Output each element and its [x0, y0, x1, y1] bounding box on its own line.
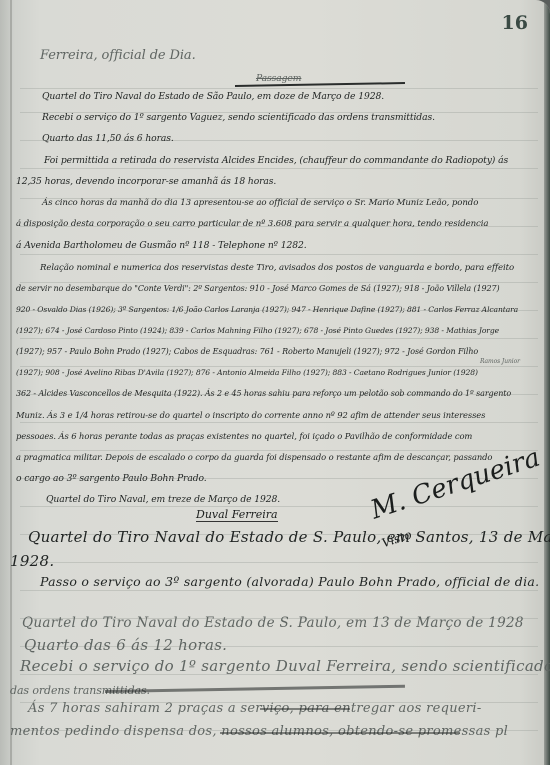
ruled-line: [20, 254, 538, 255]
text-line: Ás cinco horas da manhã do dia 13 aprese…: [42, 198, 478, 208]
text-line: (1927); 908 - José Avelino Ribas D'Avila…: [16, 368, 478, 377]
ruled-line: [20, 366, 538, 367]
ruled-line: [20, 590, 538, 591]
text-line: á Avenida Bartholomeu de Gusmão nº 118 -…: [16, 240, 307, 251]
text-line: á disposição desta corporação o seu carr…: [16, 219, 488, 229]
text-line: Recebi o serviço do 1º sargento Duval Fe…: [20, 657, 550, 675]
ruled-line: [20, 422, 538, 423]
text-line: Ás 7 horas sahiram 2 praças a serviço, p…: [28, 701, 482, 716]
text-line: (1927); 674 - José Cardoso Pinto (1924);…: [16, 326, 499, 335]
page-number: 16: [502, 12, 528, 34]
text-line: Quarto das 11,50 ás 6 horas.: [42, 133, 174, 144]
entry-heading: Ferreira, official de Dia.: [40, 48, 196, 63]
text-line: 12,35 horas, devendo incorporar-se amanh…: [16, 176, 276, 187]
text-line: Quartel do Tiro Naval do Estado de S. Pa…: [22, 615, 524, 631]
crossed-out-word: Passagem: [256, 73, 301, 84]
ledger-page: 16 Ferreira, official de Dia. Passagem Q…: [0, 0, 550, 765]
strike-line: [105, 685, 405, 693]
text-line: pessoaes. Ás 6 horas perante todas as pr…: [16, 431, 472, 441]
text-line: Quartel do Tiro Naval do Estado de São P…: [42, 91, 384, 102]
strike-line: [220, 732, 460, 734]
text-line: Quartel do Tiro Naval do Estado de S. Pa…: [28, 528, 550, 546]
text-line: Recebi o serviço do 1º sargento Vaguez, …: [42, 112, 435, 123]
text-line: (1927); 957 - Paulo Bohn Prado (1927); C…: [16, 347, 478, 356]
text-line: a pragmatica militar. Depois de escalado…: [16, 452, 492, 462]
text-line: 1928.: [10, 552, 54, 570]
text-line: Passo o serviço ao 3º sargento (alvorada…: [40, 574, 539, 589]
ruled-line: [20, 282, 538, 283]
text-line: o cargo ao 3º sargento Paulo Bohn Prado.: [16, 473, 207, 484]
text-line: Quarto das 6 ás 12 horas.: [24, 636, 227, 654]
officer-signature: Duval Ferreira: [196, 508, 278, 522]
text-line: 362 - Alcides Vasconcellos de Mesquita (…: [16, 389, 511, 398]
interline-note: Ramos Junior: [480, 358, 520, 365]
text-line: 920 - Osvaldo Dias (1926); 3º Sargentos:…: [16, 305, 518, 314]
ruled-line: [20, 450, 538, 451]
strike-line: [260, 708, 350, 710]
text-line: Muniz. Ás 3 e 1/4 horas retirou-se do qu…: [16, 410, 485, 420]
book-edge: [544, 0, 550, 765]
ruled-line: [20, 88, 538, 89]
ruled-line: [20, 562, 538, 563]
text-line: de servir no desembarque do "Conte Verdi…: [16, 284, 500, 293]
text-line: Quartel do Tiro Naval, em treze de Março…: [46, 494, 280, 505]
text-line: Foi permittida a retirada do reservista …: [44, 155, 508, 166]
text-line: Relação nominal e numerica dos reservist…: [40, 263, 514, 273]
ruled-line: [20, 338, 538, 339]
ruled-line: [20, 168, 538, 169]
